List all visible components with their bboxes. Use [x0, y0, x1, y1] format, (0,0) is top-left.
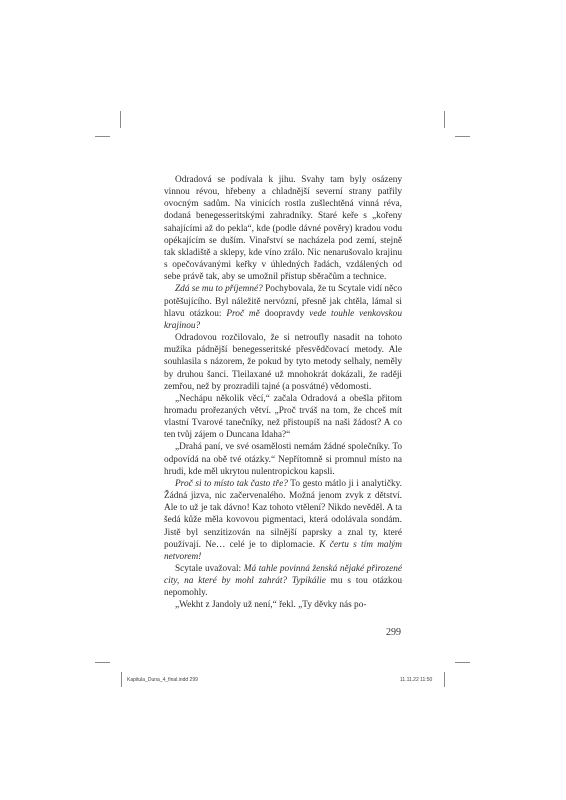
paragraph: Scytale uvažoval: Má tahle povinná žensk… — [164, 563, 402, 599]
text-run: Scytale uvažoval: — [175, 564, 244, 574]
slug-divider-right — [444, 672, 445, 687]
text-run: „Nechápu několik věcí,“ začala Odradová … — [164, 394, 402, 440]
text-run: „Wekht z Jandoly už není,“ řekl. „Ty děv… — [175, 600, 366, 610]
text-run: Odradová se podívala k jihu. Svahy tam b… — [164, 175, 402, 282]
paragraph: „Drahá paní, ve své osamělosti nemám žád… — [164, 441, 402, 477]
crop-mark-top-right-horizontal — [455, 136, 470, 137]
text-run: Odradovou rozčilovalo, že si netroufly n… — [164, 333, 402, 392]
paragraph: Proč si to místo tak často tře? To gesto… — [164, 478, 402, 563]
paragraph: „Nechápu několik věcí,“ začala Odradová … — [164, 393, 402, 442]
italic-text: Proč si to místo tak často tře? — [175, 479, 288, 489]
italic-text: Zdá se mu to příjemné? — [175, 284, 263, 294]
paragraph: „Wekht z Jandoly už není,“ řekl. „Ty děv… — [164, 599, 402, 611]
text-run: doopravdy — [260, 309, 309, 319]
crop-mark-bottom-right-horizontal — [455, 662, 470, 663]
slug-file-info: Kapitula_Duna_4_final.indd 299 — [127, 677, 198, 683]
paragraph: Odradovou rozčilovalo, že si netroufly n… — [164, 332, 402, 393]
crop-mark-top-left-horizontal — [95, 136, 110, 137]
page-number: 299 — [386, 627, 401, 638]
body-text: Odradová se podívala k jihu. Svahy tam b… — [164, 174, 402, 612]
crop-mark-top-right-vertical — [444, 111, 445, 128]
italic-text: Proč mě — [226, 309, 259, 319]
slug-datetime: 11.11.22 11:50 — [400, 677, 432, 683]
slug-divider-left — [121, 672, 122, 687]
crop-mark-bottom-left-horizontal — [95, 662, 110, 663]
text-run: „Drahá paní, ve své osamělosti nemám žád… — [164, 442, 402, 476]
paragraph: Odradová se podívala k jihu. Svahy tam b… — [164, 174, 402, 283]
crop-mark-top-left-vertical — [120, 111, 121, 128]
paragraph: Zdá se mu to příjemné? Pochybovala, že t… — [164, 283, 402, 332]
